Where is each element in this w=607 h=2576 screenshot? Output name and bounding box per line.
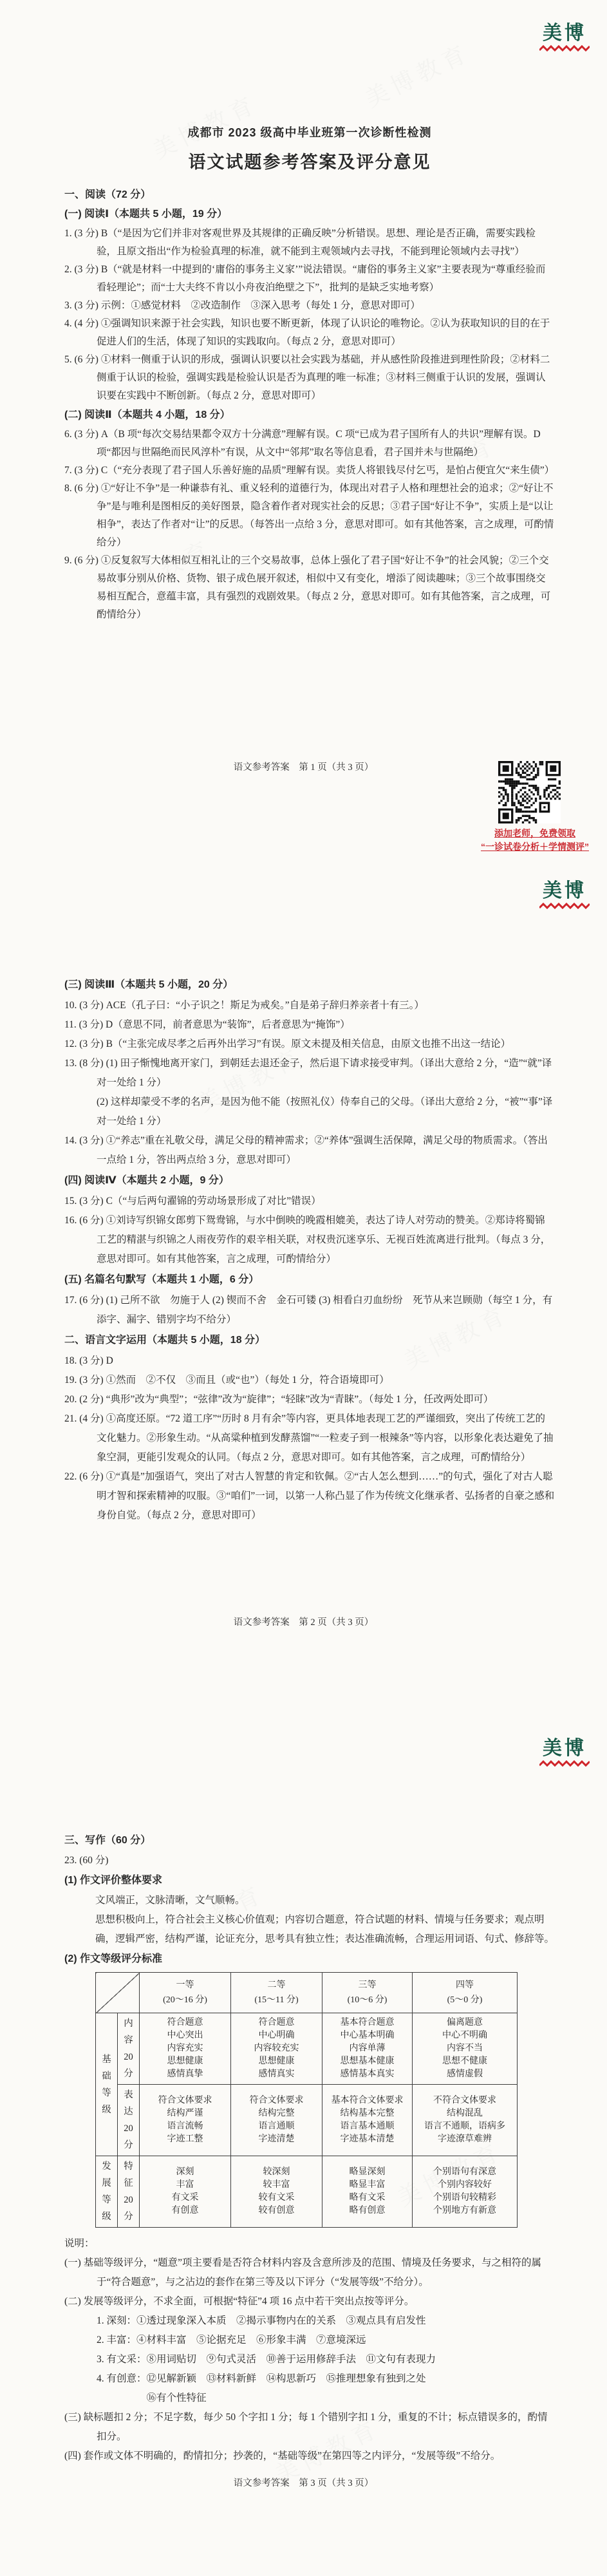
page-footer: 语文参考答案 第 2 页（共 3 页） [0, 1615, 607, 1628]
answer-item: 18. (3 分) D [64, 1351, 555, 1371]
grade-col-header: 二等 (15～11 分) [231, 1973, 322, 2013]
exam-title: 成都市 2023 级高中毕业班第一次诊断性检测 [64, 0, 555, 140]
scanned-answer-sheet: { "watermark": "美博教育", "logo": { "text":… [0, 0, 607, 2576]
notes-heading: 说明： [64, 2234, 555, 2253]
essay-requirement-line2: 思想积极向上，符合社会主义核心价值观；内容切合题意，符合试题的材料、情境与任务要… [95, 1910, 555, 1949]
essay-overall-heading: (1) 作文评价整体要求 [64, 1872, 555, 1890]
table-cell: 符合文体要求 结构严谨 语言流畅 字迹工整 [140, 2085, 231, 2156]
answer-item: 22. (6 分) ①“真是”加强语气，突出了对古人智慧的肯定和钦佩。②“古人怎… [64, 1467, 555, 1525]
section-heading-writing: 三、写作（60 分） [64, 1832, 555, 1850]
grade-col-header: 三等 (10～6 分) [322, 1973, 413, 2013]
grade-col-header: 四等 (5～0 分) [413, 1973, 518, 2013]
answer-item: 21. (4 分) ①高度还原。“72 道工序”“历时 8 月有余”等内容，更具… [64, 1409, 555, 1467]
table-cell: 基本符合题意 中心基本明确 内容单薄 思想基本健康 感情基本真实 [322, 2013, 413, 2085]
table-cell: 个别语句有深意 个别内容较好 个别语句较精彩 个别地方有新意 [413, 2156, 518, 2228]
answer-item: 15. (3 分) C（“与后两句濯锦的劳动场景形成了对比”错误） [64, 1192, 555, 1211]
page-3: 三、写作（60 分） 23. (60 分) (1) 作文评价整体要求 文风端正，… [64, 1706, 555, 2466]
answer-item: 10. (3 分) ACE（孔子曰：“小子识之！斯足为戒矣。”自是弟子辞归养亲者… [64, 996, 555, 1015]
section-heading-recite: (五) 名篇名句默写（本题共 1 小题，6 分） [64, 1270, 555, 1290]
answer-item: 9. (6 分) ①反复叙写大体相似互相礼让的三个交易故事，总体上强化了君子国“… [64, 552, 555, 624]
row-label-expression: 表 达 20 分 [118, 2085, 140, 2156]
notes-list: (一) 基础等级评分，“题意”项主要看是否符合材料内容及含意所涉及的范围、情境及… [64, 2253, 555, 2466]
qr-caption: 添加老师，免费领取 “一诊试卷分析＋学情测评” [465, 827, 604, 854]
answer-list-language: 18. (3 分) D19. (3 分) ①然而 ②不仅 ③而且（或“也”）（每… [64, 1351, 555, 1525]
answer-item: 3. (3 分) 示例：①感觉材料 ②改造制作 ③深入思考（每处 1 分，意思对… [64, 297, 555, 315]
answer-item: 7. (3 分) C（“充分表现了君子国人乐善好施的品质”理解有误。卖货人将银钱… [64, 462, 555, 480]
table-cell: 偏离题意 中心不明确 内容不当 思想不健康 感情虚假 [413, 2013, 518, 2085]
table-cell: 深刻 丰富 有文采 有创意 [140, 2156, 231, 2228]
section-heading-reading1: (一) 阅读Ⅰ（本题共 5 小题，19 分） [64, 205, 555, 223]
question-23: 23. (60 分) [64, 1851, 555, 1870]
table-cell: 略显深刻 略显丰富 略有文采 略有创意 [322, 2156, 413, 2228]
answer-item: 11. (3 分) D（意思不同，前者意思为“装饰”，后者意思为“掩饰”） [64, 1015, 555, 1035]
answer-item: 12. (3 分) B（“主张完成尽孝之后再外出学习”有误。原文未提及相关信息，… [64, 1035, 555, 1054]
grade-col-header: 一等 (20～16 分) [140, 1973, 231, 2013]
answer-item: 17. (6 分) (1) 己所不欲 勿施于人 (2) 锲而不舍 金石可镂 (3… [64, 1291, 555, 1330]
answer-item: 5. (6 分) ①材料一侧重于认识的形成，强调认识要以社会实践为基础，并从感性… [64, 351, 555, 405]
section-heading-reading3: (三) 阅读Ⅲ（本题共 5 小题，20 分） [64, 975, 555, 995]
qr-code-icon [498, 761, 561, 823]
row-group-development-level: 发 展 等 级 [96, 2156, 118, 2228]
row-group-basic-level: 基 础 等 级 [96, 2013, 118, 2156]
essay-requirement-line1: 文风端正，文脉清晰，文气顺畅。 [95, 1891, 555, 1910]
table-diagonal-cell [96, 1973, 140, 2013]
answer-item: 4. (4 分) ①强调知识来源于社会实践，知识也要不断更新，体现了认识论的唯物… [64, 315, 555, 351]
grading-table: 一等 (20～16 分) 二等 (15～11 分) 三等 (10～6 分) 四等… [95, 1972, 518, 2228]
table-cell: 基本符合文体要求 结构基本完整 语言基本通顺 字迹基本清楚 [322, 2085, 413, 2156]
table-cell: 符合文体要求 结构完整 语言通顺 字迹清楚 [231, 2085, 322, 2156]
answer-item: 8. (6 分) ①“好让不争”是一种谦恭有礼、重义轻利的道德行为，体现出对君子… [64, 480, 555, 552]
answer-item: 13. (8 分) (1) 田子惭愧地离开家门，到朝廷去退还金子，然后退下请求接… [64, 1054, 555, 1131]
table-cell: 较深刻 较丰富 较有文采 较有创意 [231, 2156, 322, 2228]
answer-item: 1. (3 分) B（“是因为它们并非对客观世界及其规律的正确反映”分析错误。思… [64, 225, 555, 261]
grading-standard-heading: (2) 作文等级评分标准 [64, 1950, 555, 1968]
page-footer: 语文参考答案 第 3 页（共 3 页） [0, 2476, 607, 2489]
answer-list-reading1: 1. (3 分) B（“是因为它们并非对客观世界及其规律的正确反映”分析错误。思… [64, 225, 555, 405]
section-heading-language: 二、语言文字运用（本题共 5 小题，18 分） [64, 1331, 555, 1350]
section-heading-reading2: (二) 阅读Ⅱ（本题共 4 小题，18 分） [64, 406, 555, 424]
document-title: 语文试题参考答案及评分意见 [64, 148, 555, 173]
row-label-feature: 特 征 20 分 [118, 2156, 140, 2228]
answer-item: 14. (3 分) ①“养志”重在礼敬父母，满足父母的精神需求；②“养体”强调生… [64, 1131, 555, 1170]
answer-item: 2. (3 分) B（“就是材料一中提到的‘庸俗的事务主义家’”说法错误。“庸俗… [64, 261, 555, 297]
answer-item: 6. (3 分) A（B 项“每次交易结果都令双方十分满意”理解有误。C 项“已… [64, 426, 555, 462]
page-2: (三) 阅读Ⅲ（本题共 5 小题，20 分） 10. (3 分) ACE（孔子曰… [64, 856, 555, 1525]
answer-item: 20. (2 分) “典形”改为“典型”；“弦律”改为“旋律”；“轻睐”改为“青… [64, 1390, 555, 1409]
note-item: (一) 基础等级评分，“题意”项主要看是否符合材料内容及含意所涉及的范围、情境及… [64, 2253, 555, 2292]
row-label-content: 内 容 20 分 [118, 2013, 140, 2085]
section-heading-reading4: (四) 阅读Ⅳ（本题共 2 小题，9 分） [64, 1171, 555, 1190]
answer-list-reading2: 6. (3 分) A（B 项“每次交易结果都令双方十分满意”理解有误。C 项“已… [64, 426, 555, 624]
answer-item: 19. (3 分) ①然而 ②不仅 ③而且（或“也”）（每处 1 分，符合语境即… [64, 1371, 555, 1390]
note-item: (二) 发展等级评分，不求全面，可根据“特征”4 项 16 点中若干突出点按等评… [64, 2292, 555, 2408]
answer-list-reading4: 15. (3 分) C（“与后两句濯锦的劳动场景形成了对比”错误）16. (6 … [64, 1192, 555, 1269]
section-heading-reading: 一、阅读（72 分） [64, 186, 555, 204]
answer-list-reading3: 10. (3 分) ACE（孔子曰：“小子识之！斯足为戒矣。”自是弟子辞归养亲者… [64, 996, 555, 1170]
qr-code [498, 761, 561, 823]
table-cell: 符合题意 中心突出 内容充实 思想健康 感情真挚 [140, 2013, 231, 2085]
qr-caption-line2: “一诊试卷分析＋学情测评” [465, 840, 604, 854]
answer-item: 16. (6 分) ①刘诗写织锦女郎剪下鸳鸯锦，与水中倒映的晚霞相媲美，表达了诗… [64, 1211, 555, 1269]
page-1: 成都市 2023 级高中毕业班第一次诊断性检测 语文试题参考答案及评分意见 一、… [64, 0, 555, 624]
answer-list-recite: 17. (6 分) (1) 己所不欲 勿施于人 (2) 锲而不舍 金石可镂 (3… [64, 1291, 555, 1330]
note-item: (三) 缺标题扣 2 分；不足字数，每少 50 个字扣 1 分；每 1 个错别字… [64, 2408, 555, 2447]
table-cell: 不符合文体要求 结构混乱 语言不通顺，语病多 字迹潦草难辨 [413, 2085, 518, 2156]
table-cell: 符合题意 中心明确 内容较充实 思想健康 感情真实 [231, 2013, 322, 2085]
qr-caption-line1: 添加老师，免费领取 [465, 827, 604, 840]
note-item: (四) 套作或文体不明确的，酌情扣分；抄袭的，“基础等级”在第四等之内评分，“发… [64, 2447, 555, 2466]
